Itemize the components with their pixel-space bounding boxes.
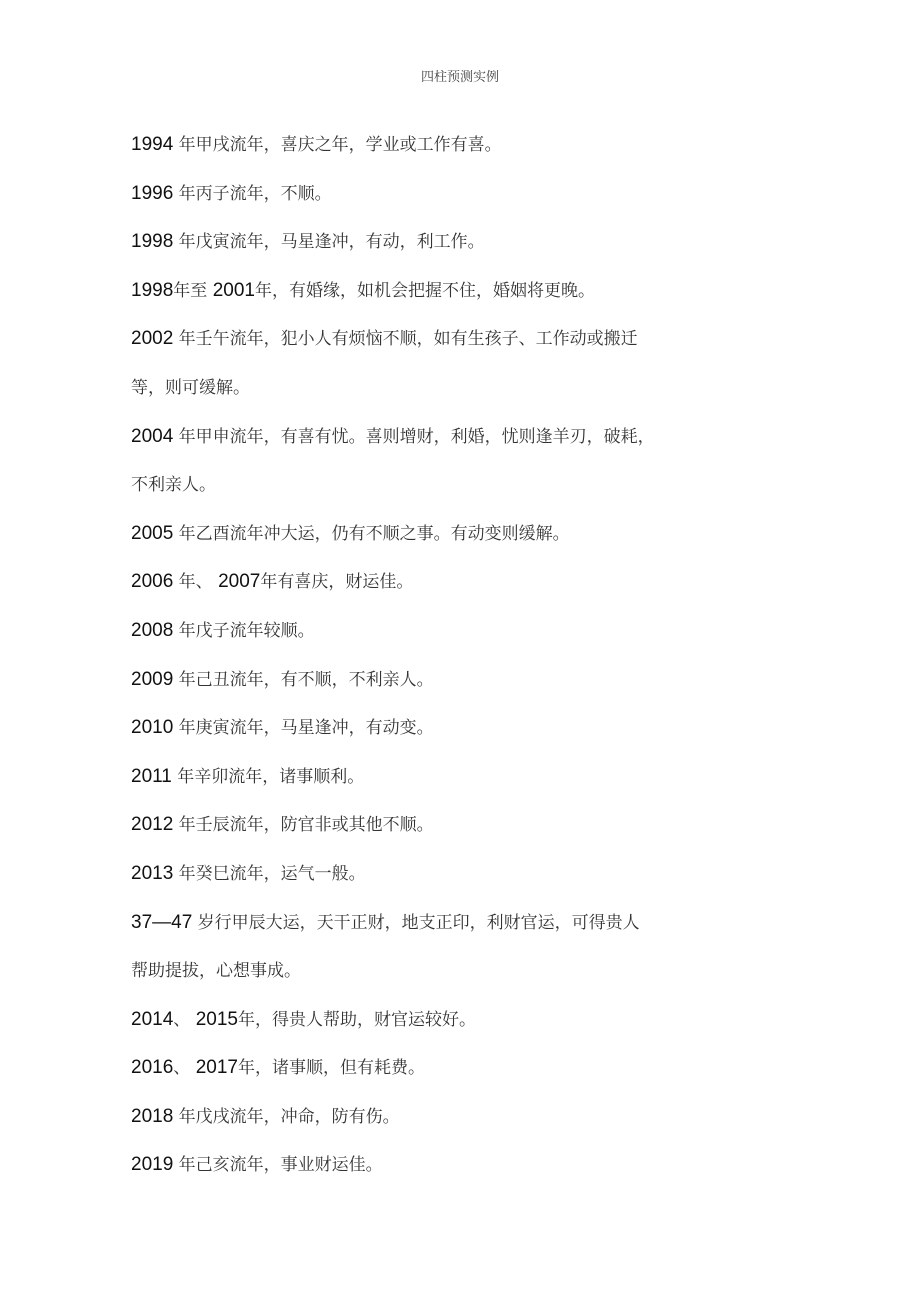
line-text: 年己亥流年，事业财运佳。 xyxy=(173,1155,382,1175)
year-number: 2012 xyxy=(131,814,173,835)
year-number: 1998 xyxy=(131,231,173,252)
year-number: 2005 xyxy=(131,523,173,544)
line-text: 年，诸事顺，但有耗费。 xyxy=(238,1058,425,1078)
year-number: 2002 xyxy=(131,328,173,349)
paragraph-line: 2006 年、 2007年有喜庆，财运佳。 xyxy=(131,568,731,617)
year-number: 2004 xyxy=(131,426,173,447)
paragraph-line: 2019 年己亥流年，事业财运佳。 xyxy=(131,1151,731,1200)
paragraph-line-continuation: 等，则可缓解。 xyxy=(131,374,731,423)
year-number: 2016 xyxy=(131,1057,173,1078)
paragraph-line-continuation: 帮助提拔，心想事成。 xyxy=(131,957,731,1006)
paragraph-line: 2010 年庚寅流年，马星逢冲，有动变。 xyxy=(131,714,731,763)
line-text: 帮助提拔，心想事成。 xyxy=(131,961,301,981)
line-text: 年甲申流年，有喜有忧。喜则增财，利婚，忧则逢羊刃，破耗， xyxy=(173,427,654,447)
line-text: 年，得贵人帮助，财官运较好。 xyxy=(238,1010,476,1030)
paragraph-line: 2002 年壬午流年，犯小人有烦恼不顺，如有生孩子、工作动或搬迁 xyxy=(131,325,731,374)
paragraph-line: 2013 年癸巳流年，运气一般。 xyxy=(131,860,731,909)
line-text: 年庚寅流年，马星逢冲，有动变。 xyxy=(173,718,433,738)
paragraph-line: 2009 年己丑流年，有不顺，不利亲人。 xyxy=(131,666,731,715)
document-body: 1994 年甲戌流年，喜庆之年，学业或工作有喜。 1996 年丙子流年，不顺。 … xyxy=(131,131,731,1200)
paragraph-line: 37—47 岁行甲辰大运，天干正财，地支正印，利财官运，可得贵人 xyxy=(131,909,731,958)
year-number: 2007 xyxy=(218,571,260,592)
year-number: 1994 xyxy=(131,134,173,155)
year-number: 2014 xyxy=(131,1009,173,1030)
year-number: 2017 xyxy=(196,1057,238,1078)
paragraph-line: 1994 年甲戌流年，喜庆之年，学业或工作有喜。 xyxy=(131,131,731,180)
line-text: 年甲戌流年，喜庆之年，学业或工作有喜。 xyxy=(173,135,501,155)
year-number: 2011 xyxy=(131,766,172,787)
line-text: 年戊戌流年，冲命，防有伤。 xyxy=(173,1107,399,1127)
line-text: 年壬午流年，犯小人有烦恼不顺，如有生孩子、工作动或搬迁 xyxy=(173,329,637,349)
paragraph-line: 2016、 2017年，诸事顺，但有耗费。 xyxy=(131,1054,731,1103)
line-text: 年丙子流年，不顺。 xyxy=(173,184,331,204)
year-number: 2001 xyxy=(213,280,255,301)
year-number: 1998 xyxy=(131,280,173,301)
line-text: 年有喜庆，财运佳。 xyxy=(260,572,413,592)
year-number: 2013 xyxy=(131,863,173,884)
line-text: 年壬辰流年，防官非或其他不顺。 xyxy=(173,815,433,835)
line-text: 年，有婚缘，如机会把握不住，婚姻将更晚。 xyxy=(255,281,595,301)
line-text: 年戊寅流年，马星逢冲，有动，利工作。 xyxy=(173,232,484,252)
paragraph-line: 1998 年戊寅流年，马星逢冲，有动，利工作。 xyxy=(131,228,731,277)
line-text: 年己丑流年，有不顺，不利亲人。 xyxy=(173,670,433,690)
line-text: 岁行甲辰大运，天干正财，地支正印，利财官运，可得贵人 xyxy=(192,913,639,933)
year-number: 2009 xyxy=(131,669,173,690)
line-text: 年至 xyxy=(173,281,212,301)
line-text: 、 xyxy=(173,1058,195,1078)
paragraph-line: 2008 年戊子流年较顺。 xyxy=(131,617,731,666)
page-header-title: 四柱预测实例 xyxy=(0,68,920,88)
paragraph-line: 1998年至 2001年，有婚缘，如机会把握不住，婚姻将更晚。 xyxy=(131,277,731,326)
year-number: 2006 xyxy=(131,571,173,592)
line-text: 年辛卯流年，诸事顺利。 xyxy=(172,767,364,787)
paragraph-line: 2018 年戊戌流年，冲命，防有伤。 xyxy=(131,1103,731,1152)
paragraph-line: 2005 年乙酉流年冲大运，仍有不顺之事。有动变则缓解。 xyxy=(131,520,731,569)
year-number: 2018 xyxy=(131,1106,173,1127)
line-text: 、 xyxy=(173,1010,195,1030)
line-text: 年戊子流年较顺。 xyxy=(173,621,314,641)
paragraph-line-continuation: 不利亲人。 xyxy=(131,471,731,520)
age-range-number: 37—47 xyxy=(131,912,192,933)
year-number: 2010 xyxy=(131,717,173,738)
line-text: 不利亲人。 xyxy=(131,475,216,495)
line-text: 年乙酉流年冲大运，仍有不顺之事。有动变则缓解。 xyxy=(173,524,569,544)
line-text: 年癸巳流年，运气一般。 xyxy=(173,864,365,884)
year-number: 2008 xyxy=(131,620,173,641)
year-number: 2019 xyxy=(131,1154,173,1175)
paragraph-line: 2004 年甲申流年，有喜有忧。喜则增财，利婚，忧则逢羊刃，破耗， xyxy=(131,423,731,472)
year-number: 2015 xyxy=(196,1009,238,1030)
year-number: 1996 xyxy=(131,183,173,204)
paragraph-line: 1996 年丙子流年，不顺。 xyxy=(131,180,731,229)
paragraph-line: 2014、 2015年，得贵人帮助，财官运较好。 xyxy=(131,1006,731,1055)
paragraph-line: 2011 年辛卯流年，诸事顺利。 xyxy=(131,763,731,812)
line-text: 等，则可缓解。 xyxy=(131,378,250,398)
paragraph-line: 2012 年壬辰流年，防官非或其他不顺。 xyxy=(131,811,731,860)
line-text: 年、 xyxy=(173,572,218,592)
